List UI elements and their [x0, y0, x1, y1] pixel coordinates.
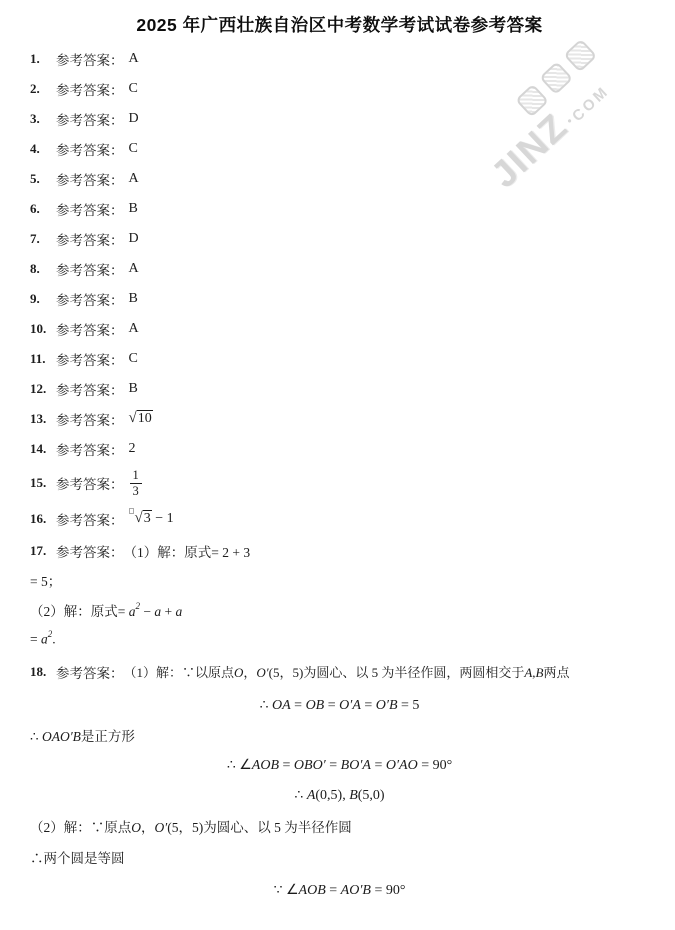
- item-number: 9.: [30, 291, 48, 307]
- solution-line-18-7: ∴两个圆是等圆: [30, 841, 649, 873]
- item-answer: A: [129, 51, 139, 67]
- solution-line-18-2: ∴ OA = OB = O′A = O′B = 5: [30, 690, 649, 720]
- item-answer: C: [129, 81, 138, 97]
- item-label: 参考答案：: [56, 79, 124, 99]
- answer-item-5: 5. 参考答案： A: [30, 164, 649, 194]
- item-label: 参考答案：: [56, 473, 124, 493]
- sqrt-expression: √3 − 1: [129, 510, 174, 527]
- document-page: 2025 年广西壮族自治区中考数学考试试卷参考答案 1. 参考答案： A 2. …: [0, 0, 675, 930]
- item-number: 13.: [30, 411, 48, 427]
- item-answer: C: [129, 351, 138, 367]
- fraction-expression: 1 3: [130, 468, 142, 498]
- item-label: 参考答案：: [56, 662, 124, 682]
- item-label: 参考答案：: [56, 169, 124, 189]
- math-text: ∴ A(0,5), B(5,0): [294, 787, 384, 804]
- math-text: （2）解：∵原点O，O′(5，5)为圆心、以 5 为半径作圆: [30, 816, 352, 836]
- item-number: 8.: [30, 261, 48, 277]
- item-label: 参考答案：: [56, 509, 124, 529]
- math-text: ∴ OAO′B是正方形: [30, 725, 135, 745]
- answer-item-11: 11. 参考答案： C: [30, 344, 649, 374]
- item-label: 参考答案：: [56, 541, 124, 561]
- answer-item-8: 8. 参考答案： A: [30, 254, 649, 284]
- item-number: 6.: [30, 201, 48, 217]
- item-label: 参考答案：: [56, 259, 124, 279]
- stray-glyph-mark: [129, 508, 134, 514]
- item-number: 11.: [30, 351, 48, 367]
- math-text: （2）解：原式= a2 − a + a: [30, 600, 182, 620]
- answer-item-16: 16. 参考答案： √3 − 1: [30, 502, 649, 536]
- answer-item-12: 12. 参考答案： B: [30, 374, 649, 404]
- radicand: 3: [143, 510, 152, 527]
- answer-item-14: 14. 参考答案： 2: [30, 434, 649, 464]
- item-number: 4.: [30, 141, 48, 157]
- solution-line: （1）解：∵以原点O，O′(5，5)为圆心、以 5 为半径作圆，两圆相交于A,B…: [124, 662, 570, 681]
- item-number: 1.: [30, 51, 48, 67]
- item-number: 16.: [30, 511, 48, 527]
- item-label: 参考答案：: [56, 49, 124, 69]
- item-number: 7.: [30, 231, 48, 247]
- fraction-denominator: 3: [130, 484, 142, 498]
- item-number: 2.: [30, 81, 48, 97]
- answer-item-6: 6. 参考答案： B: [30, 194, 649, 224]
- solution-line: （1）解：原式= 2 + 3: [124, 541, 251, 561]
- answer-item-7: 7. 参考答案： D: [30, 224, 649, 254]
- answer-item-15: 15. 参考答案： 1 3: [30, 464, 649, 502]
- item-label: 参考答案：: [56, 409, 124, 429]
- item-label: 参考答案：: [56, 139, 124, 159]
- expression-tail: − 1: [152, 511, 174, 526]
- item-answer: B: [129, 381, 138, 397]
- item-answer: D: [129, 231, 139, 247]
- fraction-numerator: 1: [130, 468, 142, 483]
- item-label: 参考答案：: [56, 289, 124, 309]
- answer-list: 1. 参考答案： A 2. 参考答案： C 3. 参考答案： D 4. 参考答案…: [30, 44, 649, 907]
- radicand: 10: [137, 410, 153, 427]
- item-number: 12.: [30, 381, 48, 397]
- math-text: = 5；: [30, 570, 61, 590]
- math-text: = a2.: [30, 630, 56, 648]
- answer-item-17: 17. 参考答案： （1）解：原式= 2 + 3: [30, 536, 649, 565]
- solution-line-18-4: ∴ ∠AOB = OBO′ = BO′A = O′AO = 90°: [30, 750, 649, 780]
- item-answer: D: [129, 111, 139, 127]
- answer-item-18: 18. 参考答案： （1）解：∵以原点O，O′(5，5)为圆心、以 5 为半径作…: [30, 653, 649, 690]
- math-text: ∴两个圆是等圆: [30, 847, 125, 867]
- item-answer: B: [129, 201, 138, 217]
- solution-line-18-8: ∵ ∠AOB = AO′B = 90°: [30, 873, 649, 907]
- item-label: 参考答案：: [56, 199, 124, 219]
- math-text: ∵ ∠AOB = AO′B = 90°: [274, 882, 406, 899]
- answer-item-1: 1. 参考答案： A: [30, 44, 649, 74]
- item-label: 参考答案：: [56, 349, 124, 369]
- answer-item-9: 9. 参考答案： B: [30, 284, 649, 314]
- item-answer: B: [129, 291, 138, 307]
- math-text: ∴ ∠AOB = OBO′ = BO′A = O′AO = 90°: [227, 757, 452, 774]
- solution-line-18-5: ∴ A(0,5), B(5,0): [30, 780, 649, 810]
- solution-line-18-3: ∴ OAO′B是正方形: [30, 720, 649, 750]
- item-number: 3.: [30, 111, 48, 127]
- math-text: ∴ OA = OB = O′A = O′B = 5: [260, 697, 420, 714]
- answer-item-4: 4. 参考答案： C: [30, 134, 649, 164]
- item-label: 参考答案：: [56, 379, 124, 399]
- item-label: 参考答案：: [56, 229, 124, 249]
- answer-item-13: 13. 参考答案： √10: [30, 404, 649, 434]
- item-answer: 2: [129, 441, 136, 457]
- item-answer: A: [129, 261, 139, 277]
- page-title: 2025 年广西壮族自治区中考数学考试试卷参考答案: [30, 14, 649, 36]
- radical-sign: √: [135, 510, 143, 526]
- item-number: 14.: [30, 441, 48, 457]
- solution-line-17-4: = a2.: [30, 624, 649, 653]
- item-label: 参考答案：: [56, 319, 124, 339]
- sqrt-expression: √10: [129, 410, 153, 427]
- answer-item-10: 10. 参考答案： A: [30, 314, 649, 344]
- item-number: 18.: [30, 664, 48, 680]
- item-answer: A: [129, 321, 139, 337]
- solution-line-17-3: （2）解：原式= a2 − a + a: [30, 595, 649, 624]
- item-number: 17.: [30, 543, 48, 559]
- solution-line-17-2: = 5；: [30, 565, 649, 595]
- item-label: 参考答案：: [56, 439, 124, 459]
- item-number: 5.: [30, 171, 48, 187]
- answer-item-3: 3. 参考答案： D: [30, 104, 649, 134]
- item-answer: C: [129, 141, 138, 157]
- item-label: 参考答案：: [56, 109, 124, 129]
- radical-sign: √: [129, 410, 137, 426]
- item-number: 10.: [30, 321, 48, 337]
- item-number: 15.: [30, 475, 48, 491]
- solution-line-18-6: （2）解：∵原点O，O′(5，5)为圆心、以 5 为半径作圆: [30, 810, 649, 841]
- item-answer: A: [129, 171, 139, 187]
- answer-item-2: 2. 参考答案： C: [30, 74, 649, 104]
